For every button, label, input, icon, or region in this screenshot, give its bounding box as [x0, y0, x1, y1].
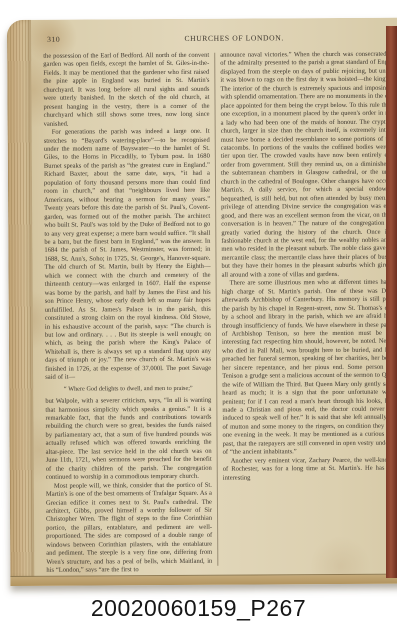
- page-header: 310 CHURCHES OF LONDON.: [43, 33, 397, 46]
- book-page-photo: 310 CHURCHES OF LONDON. the possession o…: [0, 0, 397, 640]
- paragraph: the possession of the Earl of Bedford. A…: [43, 52, 209, 129]
- book-page: 310 CHURCHES OF LONDON. the possession o…: [7, 18, 397, 586]
- paragraph: announce naval victories.” When the chur…: [220, 51, 397, 280]
- paragraph: Another very eminent vicar, Zachary Pear…: [223, 456, 397, 483]
- running-header: CHURCHES OF LONDON.: [43, 32, 397, 43]
- text-columns: the possession of the Earl of Bedford. A…: [43, 51, 397, 573]
- book-cover-edge: [386, 26, 397, 578]
- book-fore-edge: [7, 20, 34, 578]
- page-content: 310 CHURCHES OF LONDON. the possession o…: [37, 18, 397, 577]
- page-number: 310: [47, 35, 60, 44]
- verse-quote: “ Where God delights to dwell, and men t…: [45, 385, 211, 394]
- left-column: the possession of the Earl of Bedford. A…: [43, 52, 215, 573]
- paragraph: For generations the parish was indeed a …: [44, 128, 212, 383]
- paragraph: Most people will, we think, consider tha…: [46, 481, 213, 572]
- accession-label: 20020060159_P267: [0, 595, 397, 622]
- paragraph: but Walpole, with a severer criticism, s…: [45, 397, 212, 483]
- right-column: announce naval victories.” When the chur…: [218, 51, 397, 572]
- paragraph: There are some illustrious men who at di…: [222, 279, 397, 458]
